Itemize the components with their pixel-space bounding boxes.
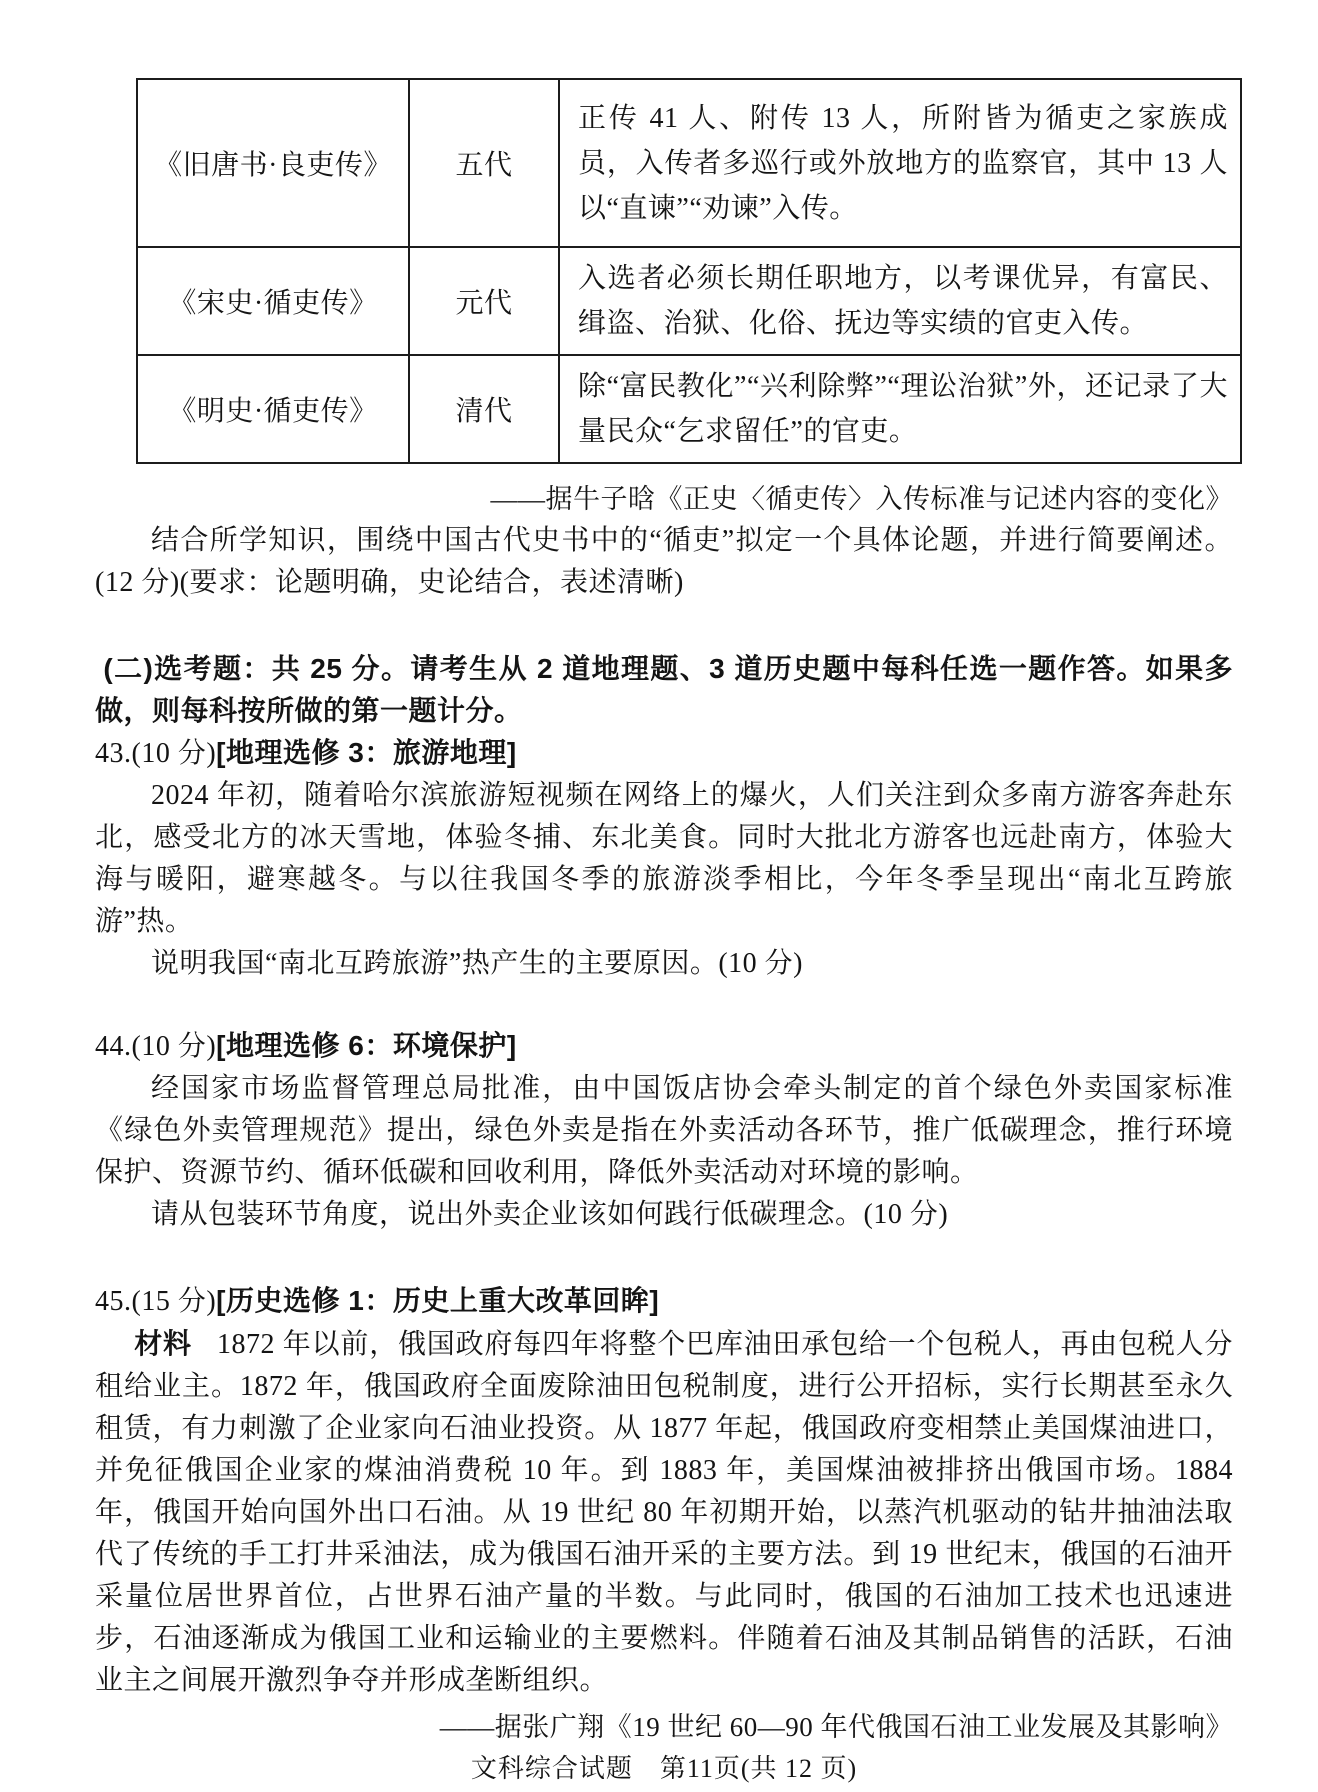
q45-source-citation: ——据张广翔《19 世纪 60—90 年代俄国石油工业发展及其影响》 — [95, 1706, 1233, 1748]
q44-title: 44.(10 分)[地理选修 6：环境保护] — [95, 1025, 1233, 1068]
table-row: 《旧唐书·良吏传》 五代 正传 41 人、附传 13 人，所附皆为循吏之家族成员… — [137, 79, 1241, 247]
q43-title: 43.(10 分)[地理选修 3：旅游地理] — [95, 732, 1233, 775]
q45-number: 45.(15 分) — [95, 1286, 216, 1317]
q43-body-text: 2024 年初，随着哈尔滨旅游短视频在网络上的爆火，人们关注到众多南方游客奔赴东… — [95, 775, 1233, 943]
page-footer: 文科综合试题 第11页(共 12 页) — [95, 1748, 1233, 1790]
description-cell: 除“富民教化”“兴利除弊”“理讼治狱”外，还记录了大量民众“乞求留任”的官吏。 — [559, 355, 1241, 463]
q43-task-text: 说明我国“南北互跨旅游”热产生的主要原因。(10 分) — [95, 943, 1233, 985]
q43-module-tag: [地理选修 3：旅游地理] — [216, 737, 517, 768]
page-content: 《旧唐书·良吏传》 五代 正传 41 人、附传 13 人，所附皆为循吏之家族成员… — [0, 78, 1318, 1790]
era-cell: 五代 — [409, 79, 559, 247]
exam-page: 《旧唐书·良吏传》 五代 正传 41 人、附传 13 人，所附皆为循吏之家族成员… — [0, 0, 1318, 1792]
table-row: 《宋史·循吏传》 元代 入选者必须长期任职地方，以考课优异，有富民、缉盗、治狱、… — [137, 247, 1241, 355]
q44-number: 44.(10 分) — [95, 1031, 216, 1062]
section-b-heading: (二)选考题：共 25 分。请考生从 2 道地理题、3 道历史题中每科任选一题作… — [95, 648, 1233, 732]
q42-task-text: 结合所学知识，围绕中国古代史书中的“循吏”拟定一个具体论题，并进行简要阐述。(1… — [95, 520, 1233, 604]
book-title-cell: 《旧唐书·良吏传》 — [137, 79, 409, 247]
history-sources-table: 《旧唐书·良吏传》 五代 正传 41 人、附传 13 人，所附皆为循吏之家族成员… — [136, 78, 1242, 464]
q45-material-text: 1872 年以前，俄国政府每四年将整个巴库油田承包给一个包税人，再由包税人分租给… — [95, 1329, 1233, 1696]
question-44: 44.(10 分)[地理选修 6：环境保护] 经国家市场监督管理总局批准，由中国… — [95, 1025, 1233, 1236]
description-cell: 正传 41 人、附传 13 人，所附皆为循吏之家族成员，入传者多巡行或外放地方的… — [559, 79, 1241, 247]
q44-module-tag: [地理选修 6：环境保护] — [216, 1030, 517, 1061]
q44-task-text: 请从包装环节角度，说出外卖企业该如何践行低碳理念。(10 分) — [95, 1194, 1233, 1236]
q45-title: 45.(15 分)[历史选修 1：历史上重大改革回眸] — [95, 1280, 1233, 1323]
table-row: 《明史·循吏传》 清代 除“富民教化”“兴利除弊”“理讼治狱”外，还记录了大量民… — [137, 355, 1241, 463]
q43-number: 43.(10 分) — [95, 738, 216, 769]
book-title-cell: 《明史·循吏传》 — [137, 355, 409, 463]
q45-material-paragraph: 材料1872 年以前，俄国政府每四年将整个巴库油田承包给一个包税人，再由包税人分… — [95, 1323, 1233, 1702]
era-cell: 元代 — [409, 247, 559, 355]
book-title-cell: 《宋史·循吏传》 — [137, 247, 409, 355]
table-source-citation: ——据牛子晗《正史〈循吏传〉入传标准与记述内容的变化》 — [95, 478, 1233, 520]
q45-module-tag: [历史选修 1：历史上重大改革回眸] — [216, 1285, 659, 1316]
q44-body-text: 经国家市场监督管理总局批准，由中国饭店协会牵头制定的首个绿色外卖国家标准《绿色外… — [95, 1068, 1233, 1194]
description-cell: 入选者必须长期任职地方，以考课优异，有富民、缉盗、治狱、化俗、抚边等实绩的官吏入… — [559, 247, 1241, 355]
question-43: 43.(10 分)[地理选修 3：旅游地理] 2024 年初，随着哈尔滨旅游短视… — [95, 732, 1233, 985]
material-label: 材料 — [134, 1328, 192, 1359]
question-45: 45.(15 分)[历史选修 1：历史上重大改革回眸] 材料1872 年以前，俄… — [95, 1280, 1233, 1748]
era-cell: 清代 — [409, 355, 559, 463]
